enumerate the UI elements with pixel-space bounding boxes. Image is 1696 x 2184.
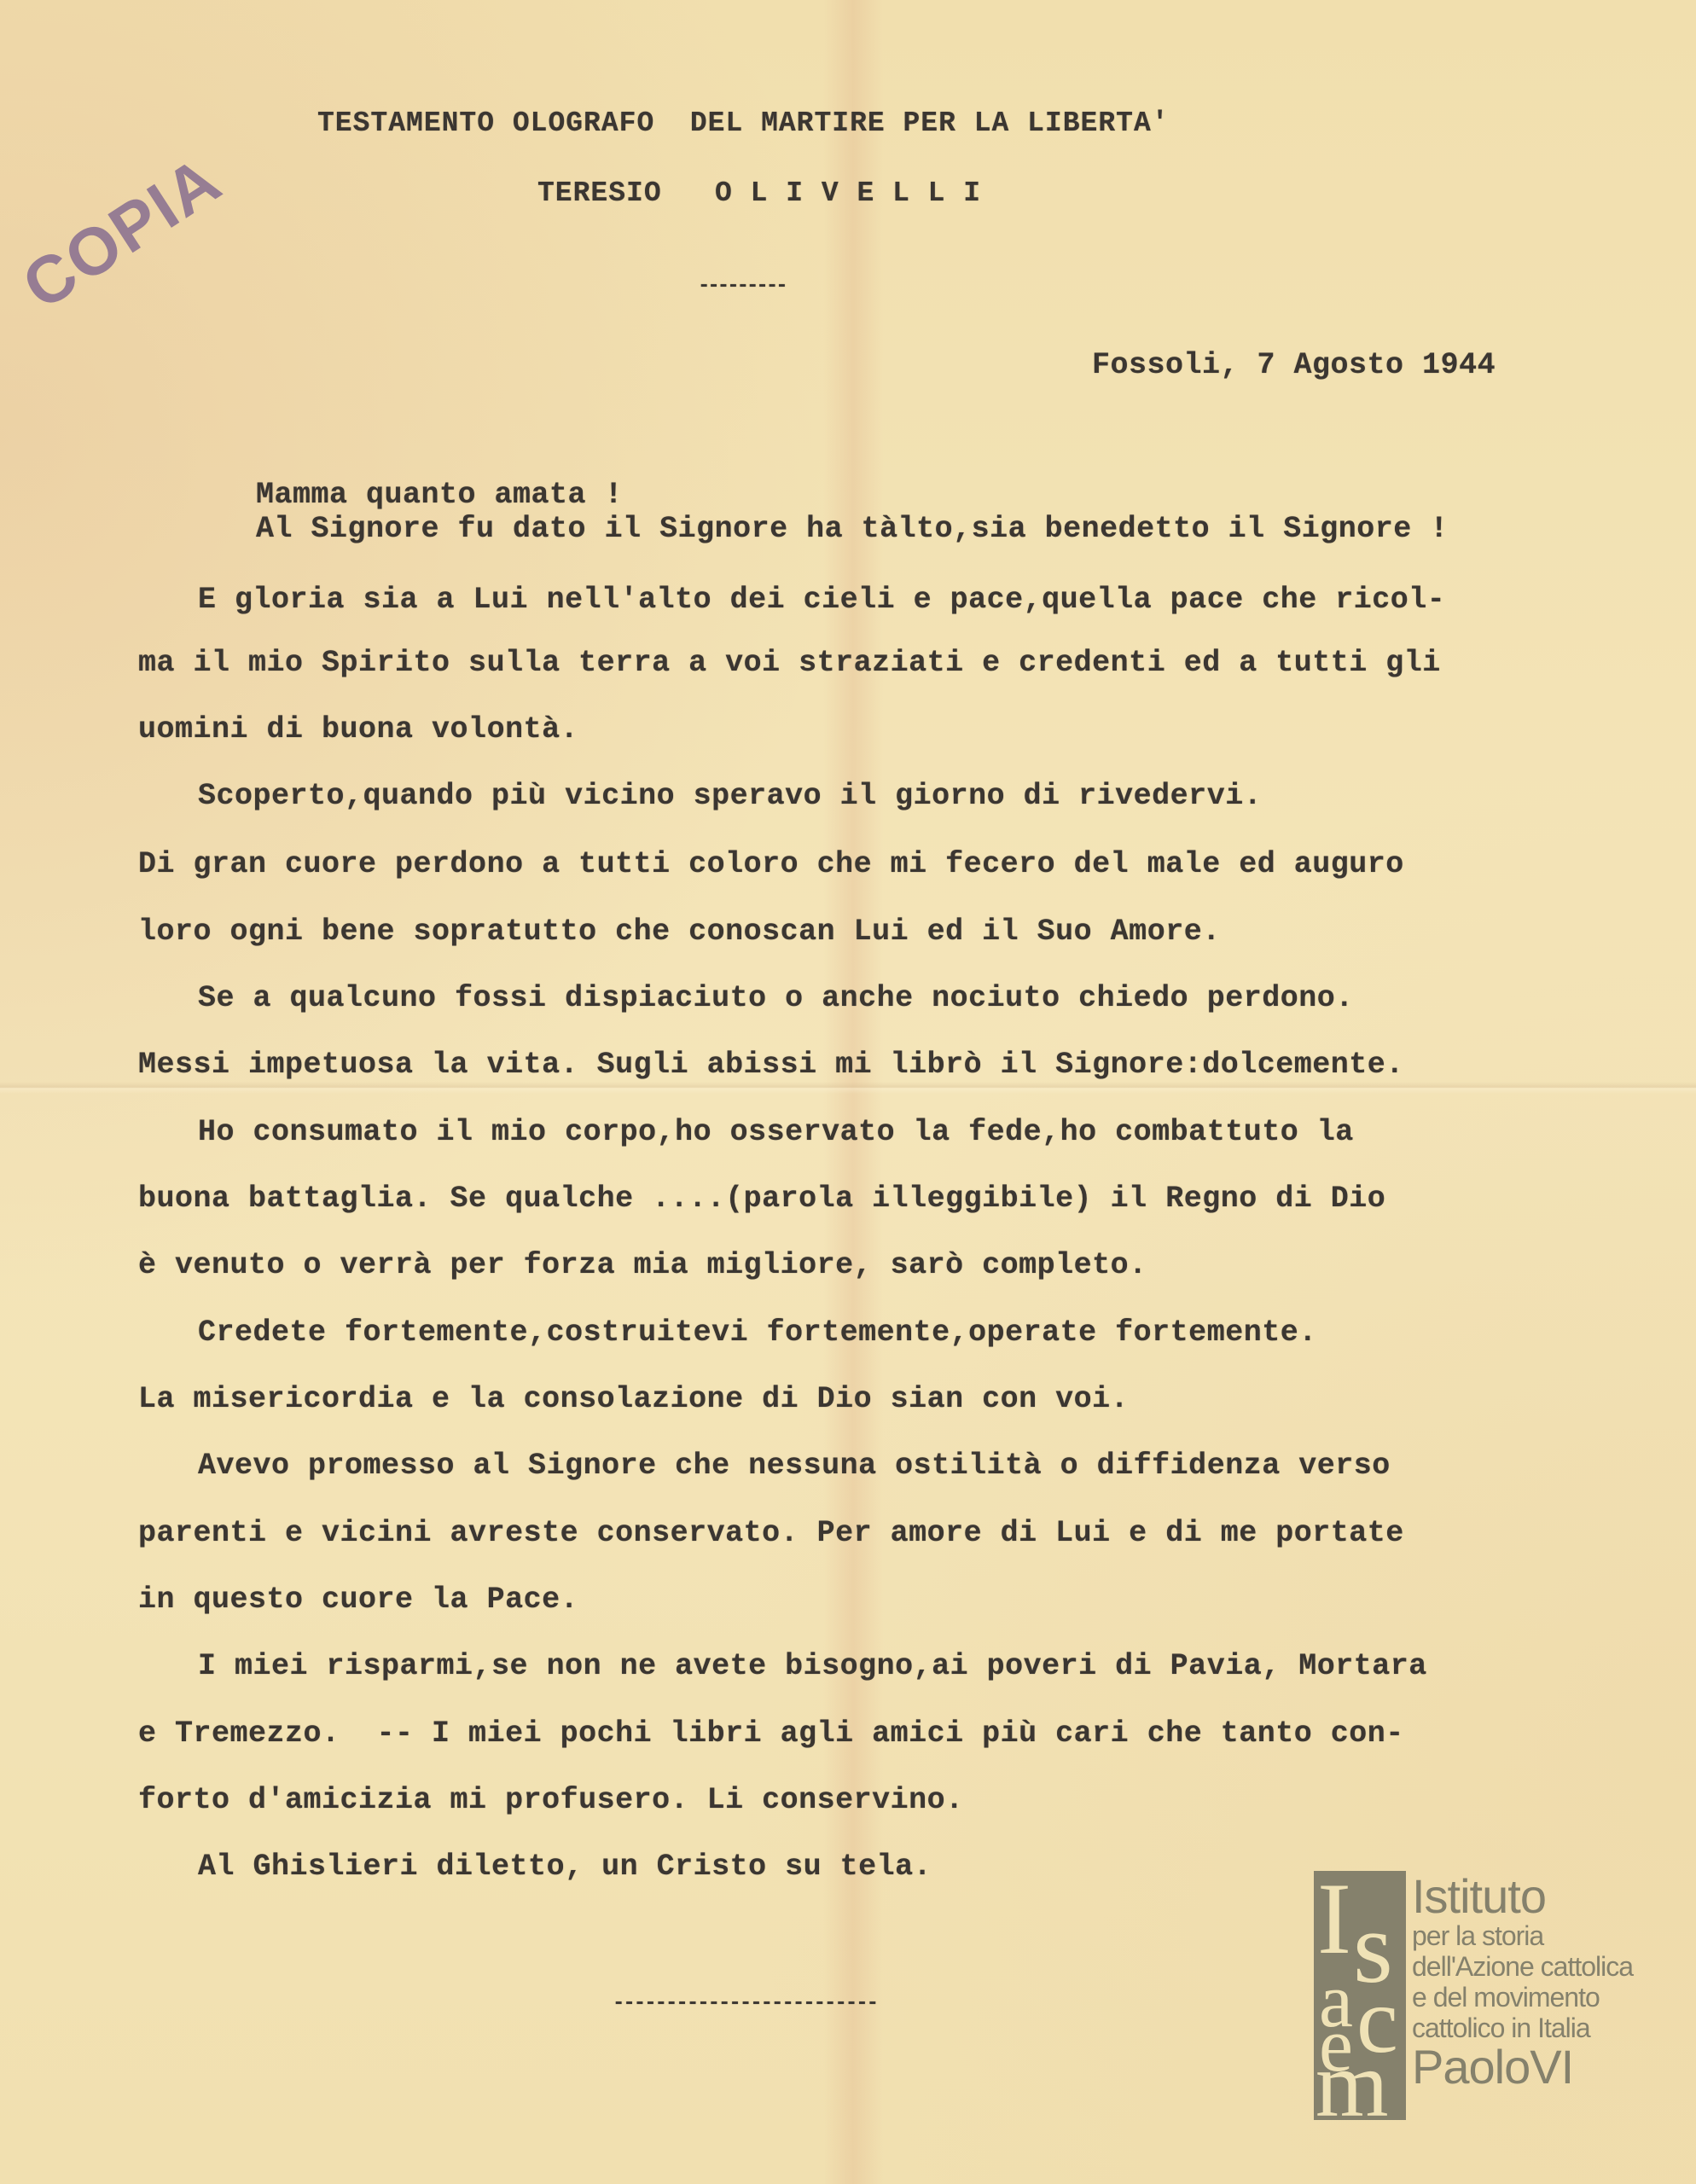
text-line: buona battaglia. Se qualche ....(parola … [138,1182,1385,1216]
text-line: Avevo promesso al Signore che nessuna os… [198,1449,1391,1483]
text-line: E gloria sia a Lui nell'alto dei cieli e… [198,583,1445,617]
text-line: ma il mio Spirito sulla terra a voi stra… [138,646,1441,680]
text-line: I miei risparmi,se non ne avete bisogno,… [198,1649,1427,1683]
text-line: Scoperto,quando più vicino speravo il gi… [198,779,1262,813]
logo-line: Istituto [1412,1873,1633,1920]
text-line: è venuto o verrà per forza mia migliore,… [138,1248,1147,1282]
text-line: Se a qualcuno fossi dispiaciuto o anche … [198,981,1354,1015]
logo-wordmark: Istituto per la storia dell'Azione catto… [1412,1871,1633,2091]
logo-line: cattolico in Italia [1412,2014,1633,2042]
text-line: parenti e vicini avreste conservato. Per… [138,1516,1404,1550]
text-line: Credete fortemente,costruitevi fortement… [198,1316,1317,1350]
text-line: Di gran cuore perdono a tutti coloro che… [138,847,1404,881]
logo-line: PaoloVI [1412,2043,1633,2091]
text-line: La misericordia e la consolazione di Dio… [138,1382,1129,1416]
text-line: loro ogni bene sopratutto che conoscan L… [138,915,1221,949]
horizontal-fold-line [0,1082,1696,1094]
text-line: e Tremezzo. -- I miei pochi libri agli a… [138,1716,1404,1751]
monogram-letter: m [1316,2037,1389,2131]
document-subtitle-name: TERESIO O L I V E L L I [537,177,981,209]
document-title: TESTAMENTO OLOGRAFO DEL MARTIRE PER LA L… [317,107,1170,139]
text-line: Messi impetuosa la vita. Sugli abissi mi… [138,1048,1404,1082]
logo-line: per la storia [1412,1922,1633,1949]
logo-monogram: I s a c e m [1314,1871,1406,2120]
text-line: in questo cuore la Pace. [138,1583,578,1617]
text-line: Mamma quanto amata ! [256,478,623,512]
copia-stamp: COPIA [9,141,235,325]
isacem-logo: I s a c e m Istituto per la storia dell'… [1314,1871,1689,2118]
logo-line: dell'Azione cattolica [1412,1953,1633,1980]
text-line: Al Ghislieri diletto, un Cristo su tela. [198,1850,932,1884]
separator-bottom: ------------------------- [613,1992,877,2015]
separator-top: --------- [698,275,786,298]
text-line: uomini di buona volontà. [138,712,578,746]
logo-line: e del movimento [1412,1984,1633,2011]
document-page: TESTAMENTO OLOGRAFO DEL MARTIRE PER LA L… [0,0,1696,2184]
monogram-letter: I [1317,1867,1351,1970]
text-line: forto d'amicizia mi profusero. Li conser… [138,1783,964,1817]
place-date: Fossoli, 7 Agosto 1944 [1092,348,1496,382]
text-line: Ho consumato il mio corpo,ho osservato l… [198,1115,1354,1149]
text-line: Al Signore fu dato il Signore ha tàlto,s… [256,512,1449,546]
